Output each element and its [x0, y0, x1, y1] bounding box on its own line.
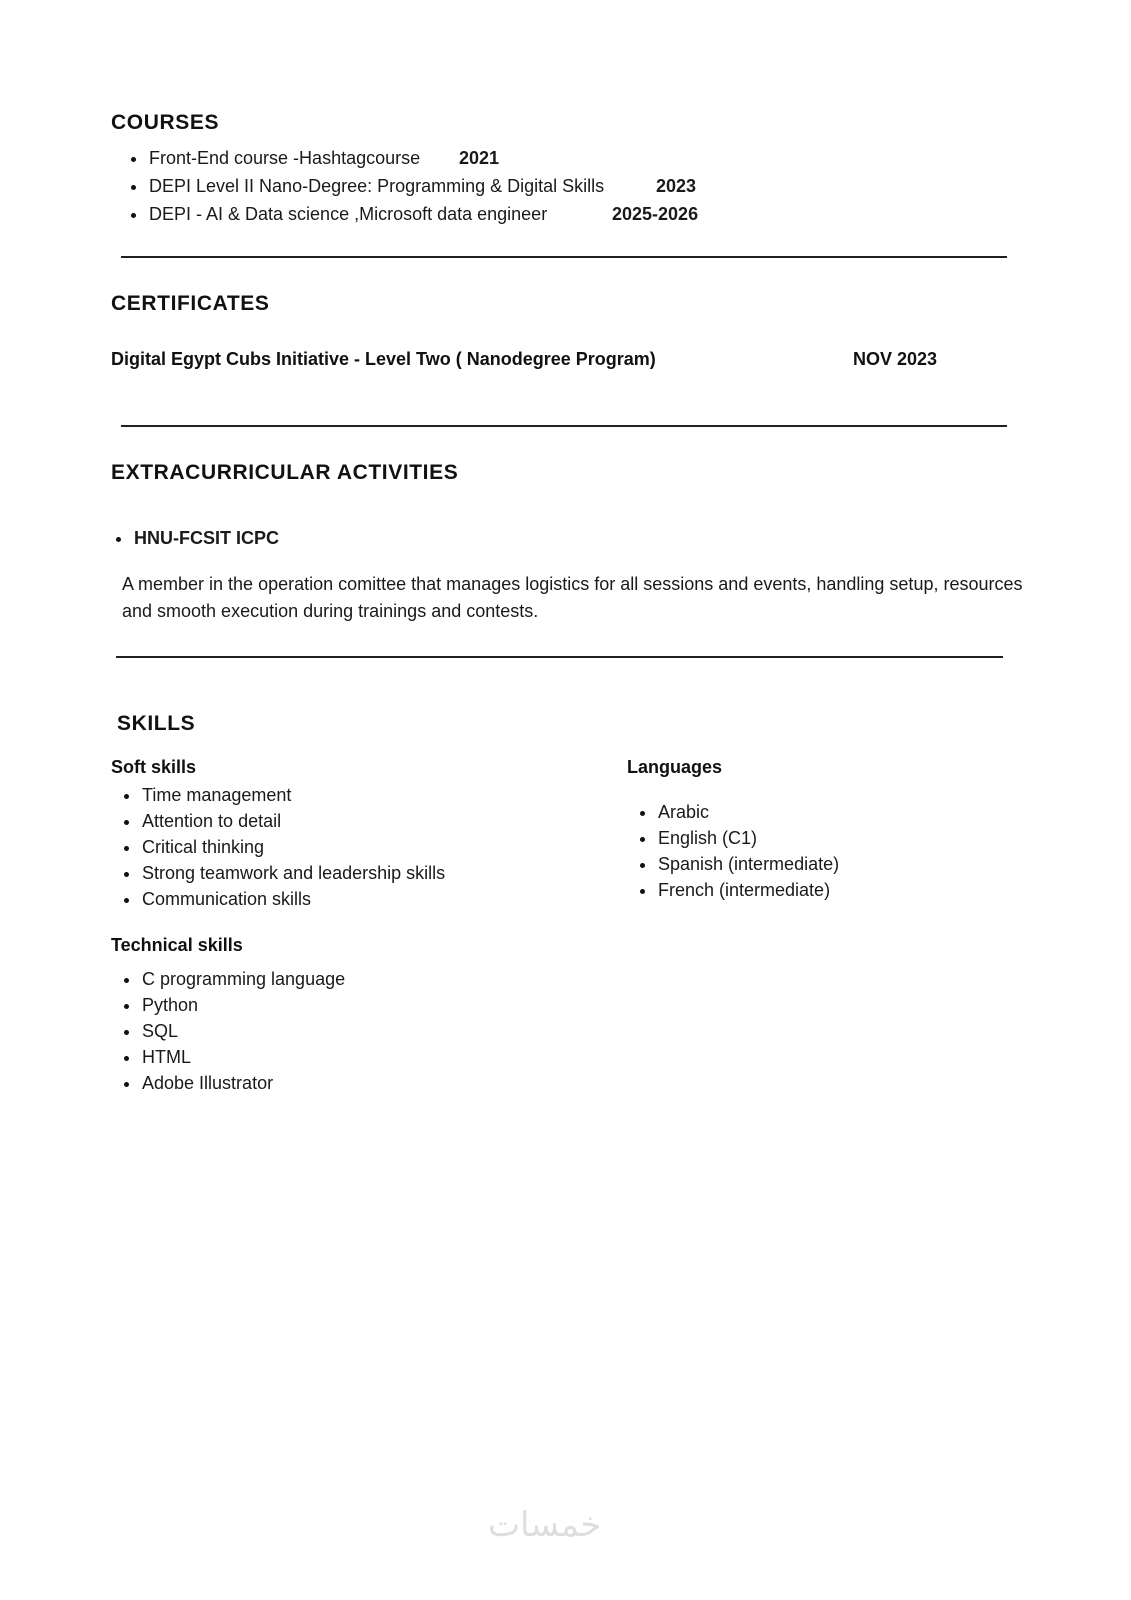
languages-heading: Languages [627, 757, 722, 778]
bullet-icon [640, 863, 645, 868]
skills-heading: SKILLS [117, 712, 195, 736]
courses-heading: COURSES [111, 111, 219, 135]
section-divider [121, 256, 1007, 258]
bullet-icon [640, 811, 645, 816]
bullet-icon [124, 978, 129, 983]
skill-text: Time management [142, 785, 291, 806]
watermark-logo: خمسات [488, 1505, 601, 1545]
skill-text: Python [142, 995, 198, 1016]
course-name: Front-End course -Hashtagcourse [149, 148, 420, 169]
skill-text: Strong teamwork and leadership skills [142, 863, 445, 884]
bullet-icon [131, 185, 136, 190]
skill-text: Communication skills [142, 889, 311, 910]
bullet-icon [124, 1030, 129, 1035]
certificates-heading: CERTIFICATES [111, 292, 269, 316]
course-year: 2025-2026 [612, 204, 698, 225]
soft-skills-heading: Soft skills [111, 757, 196, 778]
certificate-date: NOV 2023 [853, 349, 937, 370]
certificate-name: Digital Egypt Cubs Initiative - Level Tw… [111, 349, 656, 370]
bullet-icon [116, 537, 121, 542]
language-text: English (C1) [658, 828, 757, 849]
language-text: French (intermediate) [658, 880, 830, 901]
bullet-icon [124, 794, 129, 799]
skill-text: HTML [142, 1047, 191, 1068]
bullet-icon [124, 872, 129, 877]
activity-description: A member in the operation comittee that … [122, 571, 1032, 625]
section-divider [116, 656, 1003, 658]
skill-text: Critical thinking [142, 837, 264, 858]
bullet-icon [124, 1004, 129, 1009]
course-name: DEPI Level II Nano-Degree: Programming &… [149, 176, 604, 197]
bullet-icon [640, 837, 645, 842]
course-year: 2023 [656, 176, 696, 197]
skill-text: Attention to detail [142, 811, 281, 832]
bullet-icon [124, 1056, 129, 1061]
technical-skills-heading: Technical skills [111, 935, 243, 956]
section-divider [121, 425, 1007, 427]
bullet-icon [124, 898, 129, 903]
skill-text: SQL [142, 1021, 178, 1042]
activity-name: HNU-FCSIT ICPC [134, 528, 279, 549]
bullet-icon [124, 846, 129, 851]
course-name: DEPI - AI & Data science ,Microsoft data… [149, 204, 547, 225]
bullet-icon [131, 157, 136, 162]
bullet-icon [131, 213, 136, 218]
activities-heading: EXTRACURRICULAR ACTIVITIES [111, 461, 458, 485]
language-text: Spanish (intermediate) [658, 854, 839, 875]
course-year: 2021 [459, 148, 499, 169]
bullet-icon [124, 820, 129, 825]
bullet-icon [124, 1082, 129, 1087]
bullet-icon [640, 889, 645, 894]
language-text: Arabic [658, 802, 709, 823]
skill-text: C programming language [142, 969, 345, 990]
skill-text: Adobe Illustrator [142, 1073, 273, 1094]
